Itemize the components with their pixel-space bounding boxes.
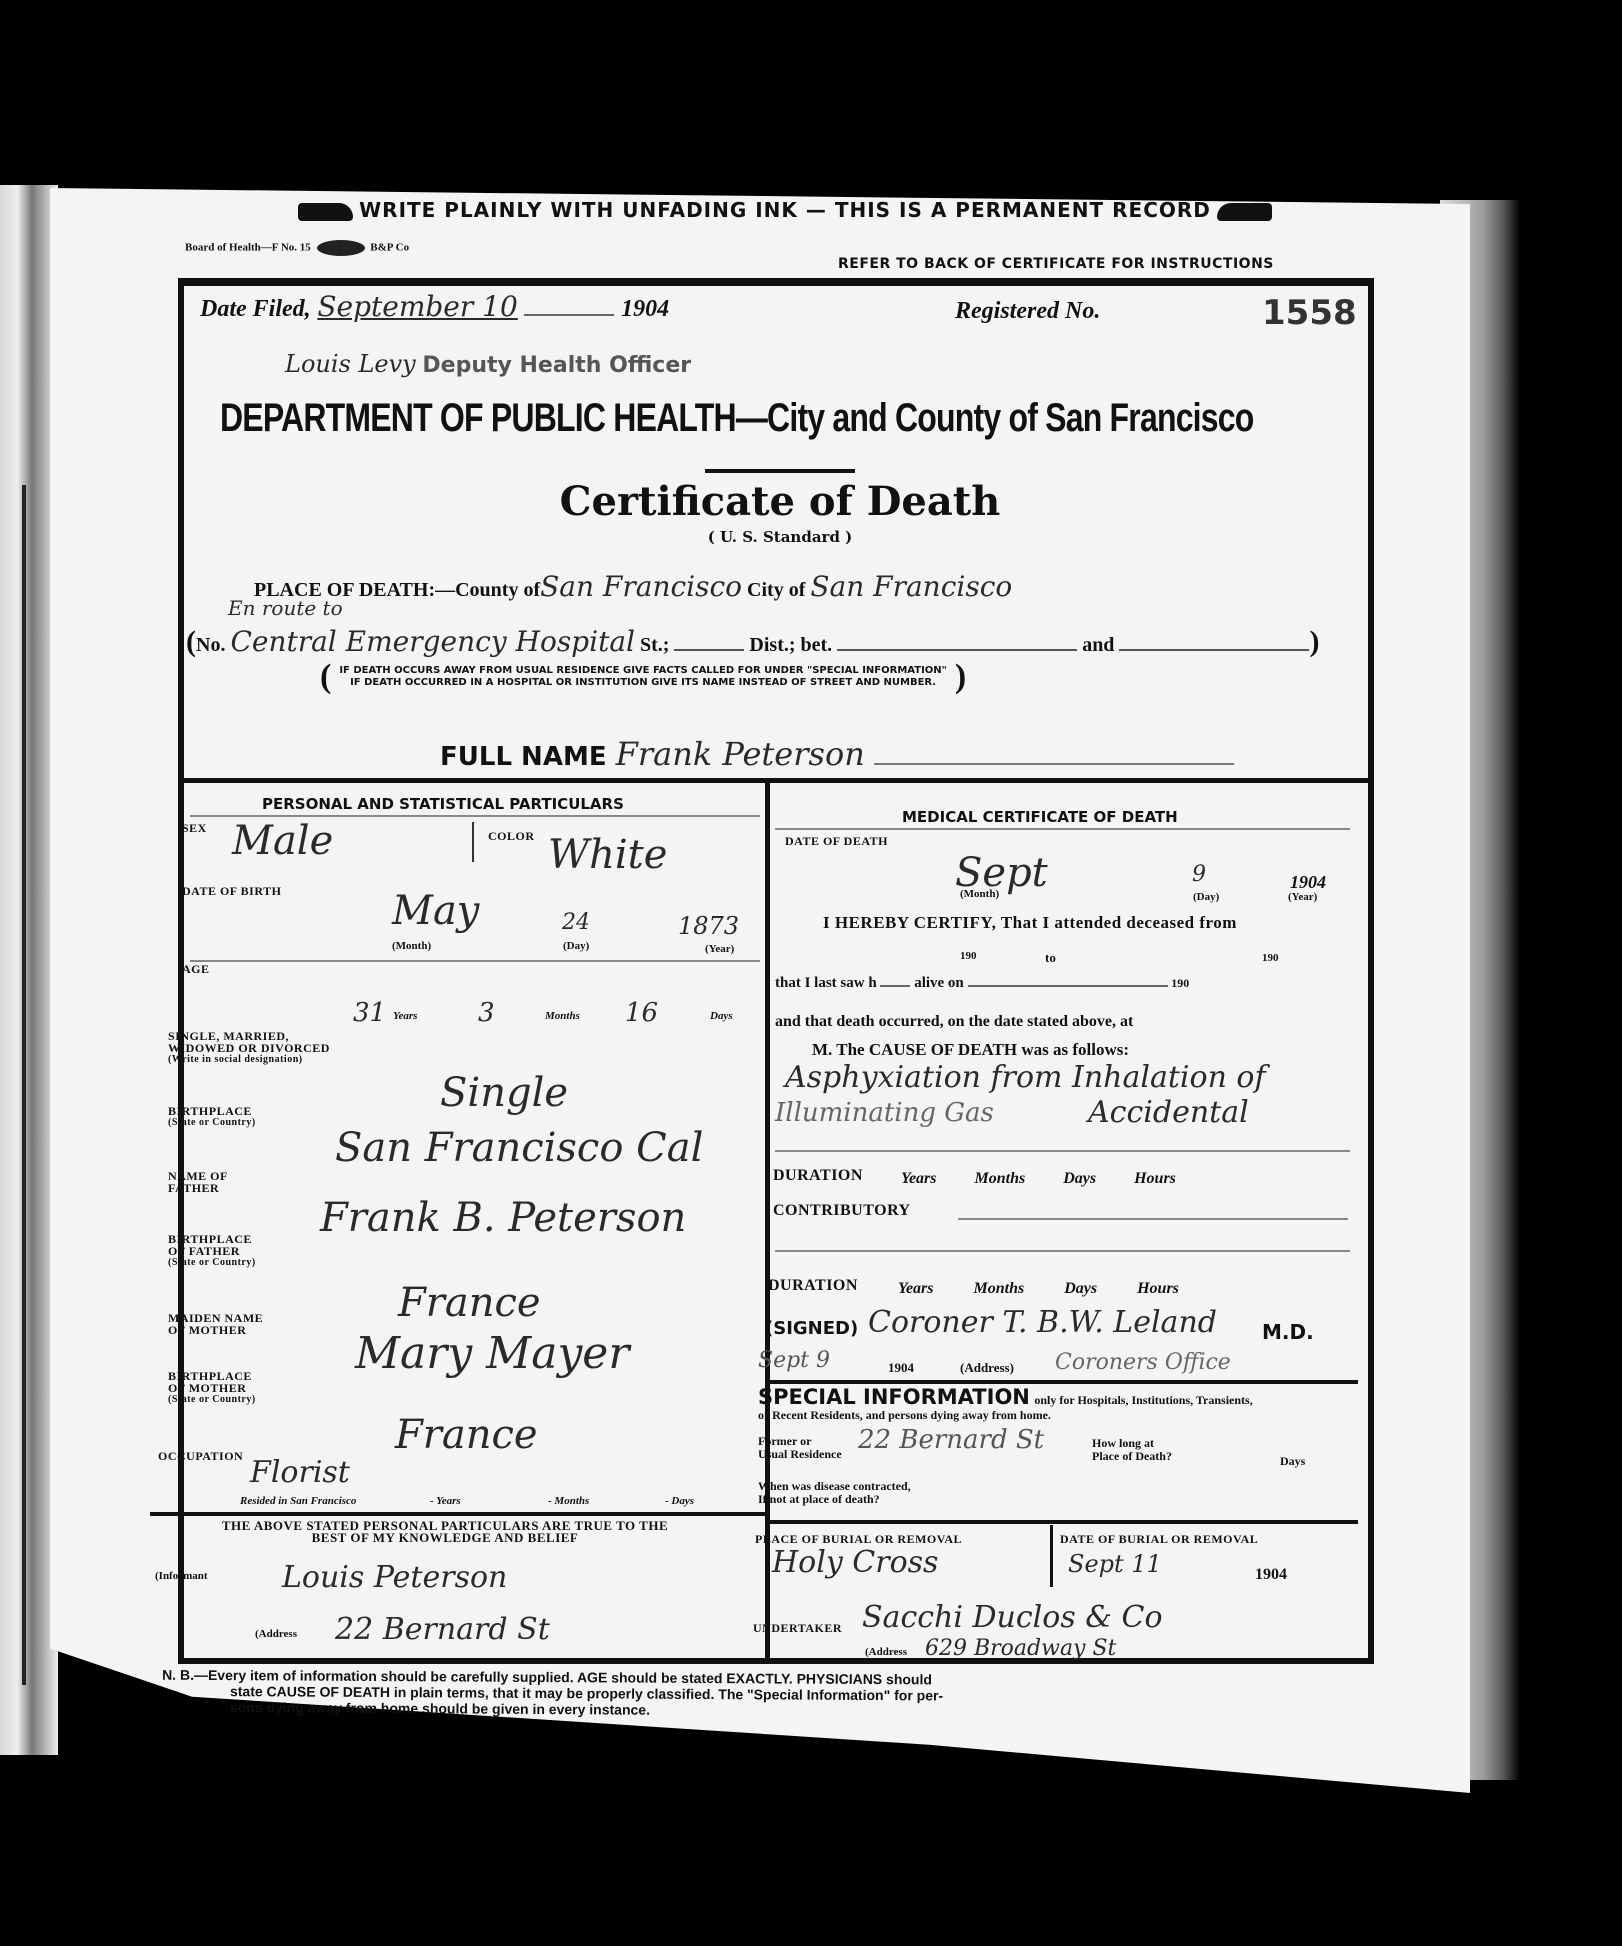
pointing-hand-icon — [1217, 203, 1272, 221]
refer-instructions: REFER TO BACK OF CERTIFICATE FOR INSTRUC… — [838, 256, 1274, 272]
board-label: Board of Health—F No. 15 — [185, 242, 311, 254]
duration-row-1: DURATION YearsMonthsDaysHours — [773, 1170, 1176, 1188]
binding-line — [22, 485, 26, 1685]
resided-months: - Months — [548, 1495, 589, 1507]
st-label: St.; — [640, 634, 669, 656]
informant-label: (Informant — [155, 1570, 208, 1582]
attestation: THE ABOVE STATED PERSONAL PARTICULARS AR… — [155, 1520, 735, 1544]
duration-row-2: DURATION YearsMonthsDaysHours — [768, 1280, 1179, 1298]
full-name-label: FULL NAME — [440, 742, 607, 772]
section-divider — [178, 778, 1374, 783]
dob-label: DATE OF BIRTH — [182, 885, 281, 897]
seal-icon — [317, 240, 365, 256]
undertaker-address-value: 629 Broadway St — [925, 1636, 1116, 1661]
father-label: NAME OFFATHER — [168, 1170, 228, 1194]
years-caption: Years — [393, 1010, 417, 1022]
note-line-1: IF DEATH OCCURS AWAY FROM USUAL RESIDENC… — [339, 665, 947, 677]
dod-year: 1904 — [1290, 872, 1326, 893]
signed-value: Coroner T. B.W. Leland — [868, 1305, 1217, 1340]
month-caption: (Month) — [392, 940, 431, 952]
color-value: White — [548, 832, 667, 878]
officer-title: Deputy Health Officer — [422, 353, 691, 378]
footnote: N. B.—Every item of information should b… — [162, 1667, 1242, 1722]
registered-number: 1558 — [1262, 293, 1357, 333]
undertaker-value: Sacchi Duclos & Co — [862, 1600, 1163, 1635]
no-label: No. — [196, 634, 225, 656]
cause-line-1: Asphyxiation from Inhalation of — [785, 1060, 1266, 1095]
registered-label: Registered No. — [955, 298, 1100, 325]
father-birthplace-value: France — [398, 1280, 541, 1326]
signed-label: (SIGNED) — [765, 1318, 858, 1339]
md-label: M.D. — [1262, 1320, 1314, 1344]
death-occurred: and that death occurred, on the date sta… — [775, 1013, 1133, 1031]
how-long-label: How long atPlace of Death? — [1092, 1437, 1172, 1463]
medical-heading: MEDICAL CERTIFICATE OF DEATH — [902, 808, 1178, 826]
certify-statement: I HEREBY CERTIFY, That I attended deceas… — [823, 913, 1237, 933]
age-years: 31 — [353, 998, 386, 1028]
pointing-hand-icon — [298, 203, 353, 221]
year-caption: (Year) — [705, 943, 734, 955]
burial-date-value: Sept 11 — [1068, 1550, 1162, 1578]
personal-heading: PERSONAL AND STATISTICAL PARTICULARS — [262, 795, 624, 813]
institution-value: Central Emergency Hospital — [230, 625, 635, 658]
age-label: AGE — [182, 963, 210, 975]
dod-label: DATE OF DEATH — [785, 835, 888, 847]
last-saw: that I last saw h alive on 190 — [775, 975, 1189, 992]
county-value: San Francisco — [540, 570, 742, 603]
days-caption: Days — [710, 1010, 733, 1022]
months-caption: Months — [545, 1010, 580, 1022]
printer-label: B&P Co — [370, 242, 409, 254]
residence-value: 22 Bernard St — [858, 1425, 1044, 1455]
burial-year: 1904 — [1255, 1566, 1287, 1584]
undertaker-label: UNDERTAKER — [753, 1622, 842, 1634]
marital-value: Single — [440, 1070, 568, 1116]
informant-address-label: (Address — [255, 1628, 297, 1640]
attended-to: 190 — [1262, 952, 1279, 964]
certificate-subtitle: ( U. S. Standard ) — [480, 528, 1080, 546]
to-label: to — [1045, 950, 1056, 966]
column-divider — [765, 783, 770, 1663]
signed-year: 1904 — [888, 1360, 914, 1376]
cause-manner: Accidental — [1088, 1095, 1249, 1130]
dob-year: 1873 — [678, 912, 739, 940]
sex-value: Male — [232, 818, 333, 864]
special-subheading: or Recent Residents, and persons dying a… — [758, 1408, 1051, 1423]
marital-label: SINGLE, MARRIED,WIDOWED OR DIVORCED(Writ… — [168, 1030, 330, 1066]
note-line-2: IF DEATH OCCURRED IN A HOSPITAL OR INSTI… — [339, 677, 947, 689]
birthplace-label: BIRTHPLACE(State or Country) — [168, 1105, 256, 1129]
dod-day: 9 — [1192, 862, 1206, 887]
officer-signature: Louis Levy — [285, 350, 416, 378]
dod-month-caption: (Month) — [960, 888, 999, 900]
informant-address-value: 22 Bernard St — [335, 1612, 550, 1647]
footnote-lead: N. B.— — [162, 1667, 208, 1683]
cause-line-2: Illuminating Gas — [775, 1098, 994, 1128]
residence-label: Former orUsual Residence — [758, 1435, 842, 1461]
mother-label: MAIDEN NAMEOF MOTHER — [168, 1312, 263, 1336]
dob-day: 24 — [562, 910, 590, 935]
date-filed: Date Filed, September 10 1904 — [200, 290, 669, 323]
mother-birthplace-label: BIRTHPLACEOF MOTHER(State or Country) — [168, 1370, 256, 1406]
enroute-note: En route to — [228, 596, 343, 620]
burial-place-value: Holy Cross — [772, 1545, 938, 1580]
occupation-value: Florist — [250, 1455, 350, 1490]
date-filed-value: September 10 — [317, 290, 517, 323]
resided-days: - Days — [665, 1495, 694, 1507]
certificate-title: Certificate of Death — [480, 478, 1080, 525]
sex-label: SEX — [182, 822, 207, 834]
special-heading: SPECIAL INFORMATION only for Hospitals, … — [758, 1385, 1253, 1409]
adjacent-page-edge — [0, 185, 58, 1755]
informant-value: Louis Peterson — [282, 1560, 507, 1595]
burial-date-label: DATE of BURIAL or REMOVAL — [1060, 1533, 1258, 1545]
age-days: 16 — [625, 998, 658, 1028]
signed-date: Sept 9 — [758, 1348, 830, 1373]
banner-text: WRITE PLAINLY WITH UNFADING INK — THIS I… — [359, 198, 1211, 222]
day-caption: (Day) — [563, 940, 589, 952]
contracted-label: When was disease contracted,If not at pl… — [758, 1480, 911, 1506]
mother-birthplace-value: France — [395, 1412, 538, 1458]
form-number: Board of Health—F No. 15 B&P Co — [185, 240, 409, 256]
full-name-value: Frank Peterson — [616, 735, 865, 773]
dist-label: Dist.; bet. — [749, 634, 832, 656]
ink-warning-banner: WRITE PLAINLY WITH UNFADING INK — THIS I… — [240, 198, 1330, 222]
father-value: Frank B. Peterson — [320, 1195, 686, 1241]
place-of-death: PLACE OF DEATH:—County ofSan Francisco C… — [254, 570, 1012, 603]
undertaker-address-label: (Address — [865, 1646, 907, 1658]
resided-label: Resided in San Francisco — [240, 1495, 356, 1507]
title-rule — [705, 469, 855, 473]
father-birthplace-label: BIRTHPLACEOF FATHER(State or Country) — [168, 1233, 256, 1269]
deputy-health-officer: Louis Levy Deputy Health Officer — [285, 350, 691, 379]
dod-year-caption: (Year) — [1288, 891, 1317, 903]
full-name: FULL NAME Frank Peterson — [440, 735, 1234, 773]
burial-place-label: PLACE OF BURIAL OR REMOVAL — [755, 1533, 962, 1545]
signer-address-label: (Address) — [960, 1360, 1014, 1376]
cause-label: M. The CAUSE OF DEATH was as follows: — [812, 1040, 1129, 1060]
color-label: COLOR — [488, 830, 535, 842]
signer-address: Coroners Office — [1055, 1350, 1231, 1375]
dod-day-caption: (Day) — [1193, 891, 1219, 903]
city-label: City of — [747, 579, 805, 601]
date-filed-year: 1904 — [621, 296, 669, 322]
resided-years: - Years — [430, 1495, 461, 1507]
date-filed-label: Date Filed, — [200, 296, 311, 322]
and-label: and — [1082, 634, 1114, 656]
how-long-days: Days — [1280, 1454, 1305, 1469]
contributory-label: CONTRIBUTORY — [773, 1205, 911, 1217]
institution-line: (No. Central Emergency Hospital St.; Dis… — [186, 625, 1319, 659]
mother-value: Mary Mayer — [355, 1328, 629, 1379]
dob-month: May — [392, 888, 479, 934]
birthplace-value: San Francisco Cal — [335, 1125, 703, 1171]
residence-note: ( IF DEATH OCCURS AWAY FROM USUAL RESIDE… — [320, 665, 966, 689]
city-value: San Francisco — [810, 570, 1012, 603]
attended-from: 190 — [960, 950, 977, 962]
age-months: 3 — [478, 998, 495, 1028]
department-title: DEPARTMENT OF PUBLIC HEALTH—City and Cou… — [220, 396, 1116, 441]
occupation-label: OCCUPATION — [158, 1450, 243, 1462]
